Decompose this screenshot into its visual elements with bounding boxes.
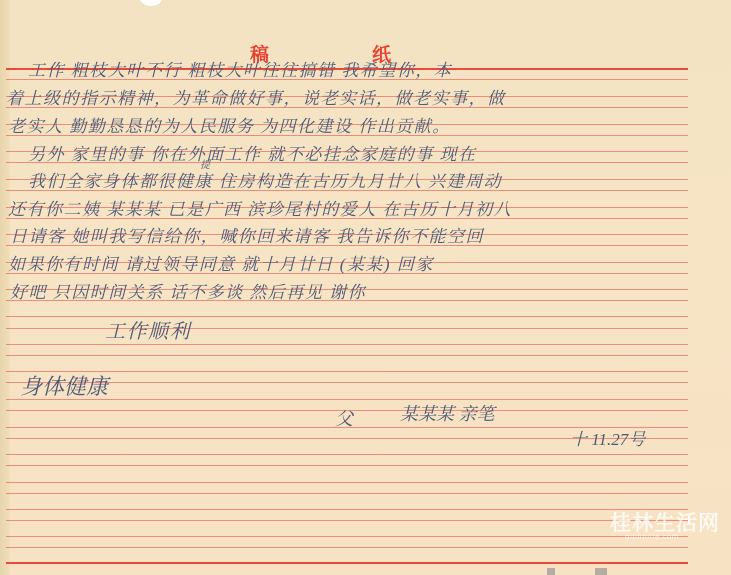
signature-prefix: 父: [335, 405, 353, 431]
manuscript-paper: 稿 纸 工作 粗枝大叶不行 粗枝大叶往往搞错 我希望你，本 着上级的指示精神，为…: [0, 0, 731, 575]
page-fold-mark: [595, 568, 607, 575]
letter-line-9: 好吧 只因时间关系 话不多谈 然后再见 谢你: [10, 278, 366, 302]
letter-line-2: 着上级的指示精神，为革命做好事，说老实话，做老实事，做: [6, 84, 506, 108]
letter-line-6: 还有你二姨 某某某 已是广西 滨珍尾村的爱人 在古历十月初八: [8, 195, 512, 219]
watermark-url: guilinlife.com: [625, 533, 679, 541]
letter-line-7: 日请客 她叫我写信给你，喊你回来请客 我告诉你不能空回: [10, 222, 484, 246]
rule-line: [6, 536, 688, 537]
rule-line: [6, 382, 688, 383]
letter-line-3: 老实人 勤勤恳恳的为人民服务 为四化建设 作出贡献。: [8, 112, 451, 136]
letter-line-1: 工作 粗枝大叶不行 粗枝大叶往往搞错 我希望你，本: [28, 56, 452, 80]
signature-date: 十 11.27号: [570, 425, 645, 450]
rule-line: [6, 454, 688, 455]
rule-line: [6, 371, 688, 372]
letter-line-10: 工作顺利: [105, 315, 191, 339]
letter-line-5: 我们全家身体都很健康 住房构造在古历九月廿八 兴建周动: [28, 167, 502, 191]
punched-hole: [140, 0, 162, 6]
rule-line-bottom: [6, 562, 688, 564]
letter-line-8: 如果你有时间 请过领导同意 就十月廿日 (某某) 回家: [8, 250, 434, 274]
page-fold-mark: [547, 568, 555, 575]
rule-line: [6, 509, 688, 510]
rule-line: [6, 493, 688, 494]
rule-line: [6, 465, 688, 466]
rule-line: [6, 520, 688, 521]
signature-names: 某某某 亲笔: [400, 400, 495, 426]
rule-line: [6, 344, 688, 345]
rule-line: [6, 482, 688, 483]
closing-wishes: 身体健康: [20, 370, 108, 401]
letter-line-4: 另外 家里的事 你在外面工作 就不必挂念家庭的事 现在: [28, 140, 477, 164]
rule-line: [6, 547, 688, 548]
rule-line: [6, 355, 688, 356]
rule-line: [6, 399, 688, 400]
